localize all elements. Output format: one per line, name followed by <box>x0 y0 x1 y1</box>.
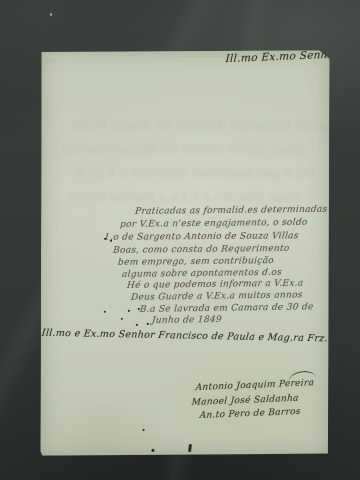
body-line: bem emprego, sem contribuição <box>118 256 275 268</box>
body-line: Hé o que podemos informar a V.Ex.a <box>126 279 304 291</box>
ink-blot <box>188 444 192 452</box>
addressee-line: Ill.mo e Ex.mo Senhor Francisco de Paula… <box>41 328 360 346</box>
ink-speck <box>138 308 140 310</box>
bleed-through-text: Deus Guarde a V.Ex.a muitos annos <box>67 190 301 206</box>
ink-speck <box>128 310 130 312</box>
body-line: alguma sobre apontamentos d.os <box>121 268 282 280</box>
bleed-through-text: Boas, como consta do Requerimento <box>63 142 304 158</box>
ink-speck <box>104 311 106 313</box>
ink-speck <box>121 318 123 320</box>
signature-line: An.to Pero de Barros <box>199 407 301 421</box>
body-line: Praticadas as formalid.es determinadas <box>135 205 328 217</box>
dust-speck <box>50 13 52 16</box>
ink-speck <box>143 429 145 431</box>
body-line: 1.o de Sargento Antonio de Souza Villas <box>104 231 300 243</box>
ink-speck <box>104 238 106 240</box>
ink-speck <box>136 324 138 326</box>
bleed-through-text: Hé o que podemos informar a V.Ex.a <box>75 166 315 182</box>
signature-line: Antonio Joaquim Pereira <box>195 378 314 393</box>
ink-speck <box>151 449 154 452</box>
body-line: por V.Ex.a n'este engajamento, o soldo <box>120 218 308 230</box>
ink-speck <box>147 323 149 325</box>
manuscript-photograph: 1.o de Sargento Antonio de Souza Villas … <box>0 0 360 480</box>
body-line: Boas, como consta do Requerimento <box>113 244 290 256</box>
signature-line: Manoel José Saldanha <box>191 394 299 408</box>
body-line: Deus Guarde a V.Ex.a muitos annos <box>130 290 303 303</box>
salutation-line: Ill.mo Ex.mo Senhor <box>225 48 340 65</box>
body-line: B.a Se lavrada em Camara de 30 de <box>139 302 314 315</box>
body-line: Junho de 1849 <box>151 315 222 326</box>
bleed-through-text: 1.o de Sargento Antonio de Souza Villas <box>71 118 335 134</box>
manuscript-page: 1.o de Sargento Antonio de Souza Villas … <box>40 50 329 457</box>
ink-speck <box>110 240 112 242</box>
